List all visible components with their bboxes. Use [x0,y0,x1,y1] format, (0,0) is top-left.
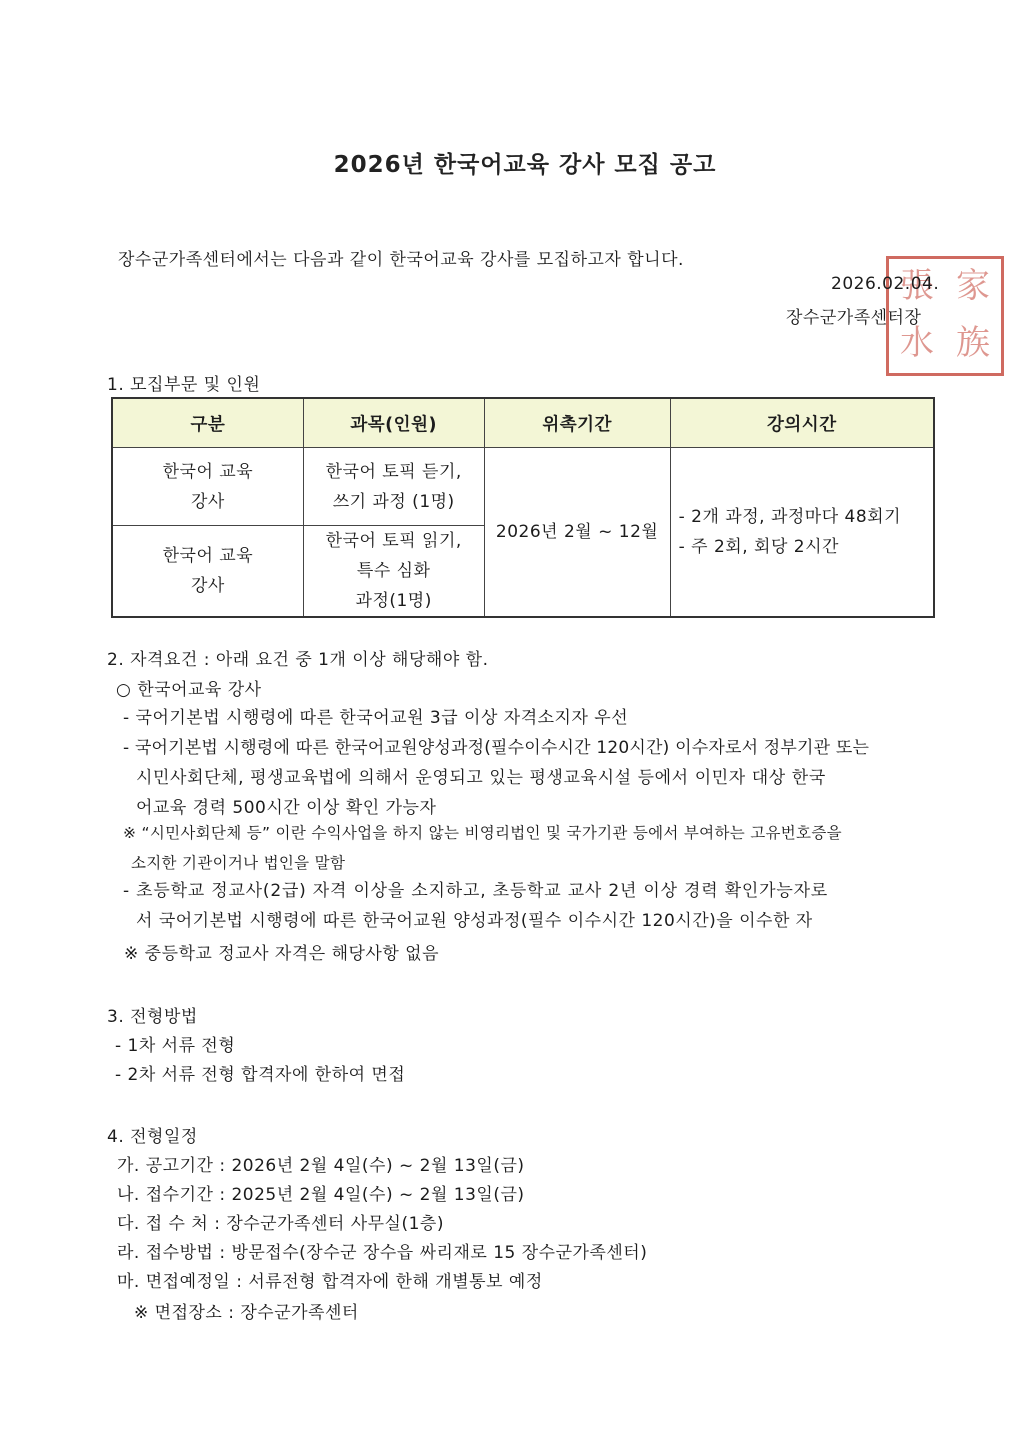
requirement-line: 시민사회단체, 평생교육법에 의해서 운영되고 있는 평생교육시설 등에서 이민… [136,763,826,788]
requirement-line: - 국어기본법 시행령에 따른 한국어교원 3급 이상 자격소지자 우선 [123,703,628,728]
column-header: 구분 [112,398,303,448]
requirement-line: 어교육 경력 500시간 이상 확인 가능자 [136,793,436,818]
section-1-heading: 1. 모집부문 및 인원 [107,370,260,395]
cell-line: - 2개 과정, 과정마다 48회기 [679,502,933,532]
column-header: 강의시간 [670,398,934,448]
method-line: - 2차 서류 전형 합격자에 한하여 면접 [115,1060,405,1085]
schedule-note: ※ 면접장소 : 장수군가족센터 [134,1298,359,1323]
cell-line: 한국어 토픽 읽기, [304,526,484,556]
table-header-row: 구분 과목(인원) 위촉기간 강의시간 [112,398,934,448]
requirement-line: 서 국어기본법 시행령에 따른 한국어교원 양성과정(필수 이수시간 120시간… [136,906,813,931]
page-title: 2026년 한국어교육 강사 모집 공고 [0,146,1025,179]
cell-line: 쓰기 과정 (1명) [304,487,484,517]
seal-glyph: 家 [945,259,1001,316]
note-line: 소지한 기관이거나 법인을 말함 [131,851,345,873]
note-line: ※ “시민사회단체 등” 이란 수익사업을 하지 않는 비영리법인 및 국가기관… [123,821,842,843]
schedule-line: 다. 접 수 처 : 장수군가족센터 사무실(1층) [117,1209,444,1234]
schedule-line: 가. 공고기간 : 2026년 2월 4일(수) ~ 2월 13일(금) [117,1151,525,1176]
section-2-subheading: ○ 한국어교육 강사 [116,675,262,700]
cell-line: 과정(1명) [304,586,484,616]
cell-line: 한국어 교육 [113,457,303,487]
schedule-line: 마. 면접예정일 : 서류전형 합격자에 한해 개별통보 예정 [117,1267,543,1292]
column-header: 위촉기간 [484,398,670,448]
section-2-heading: 2. 자격요건 : 아래 요건 중 1개 이상 해당해야 함. [107,645,488,670]
subject-cell: 한국어 토픽 듣기, 쓰기 과정 (1명) [303,448,484,526]
requirement-line: - 초등학교 정교사(2급) 자격 이상을 소지하고, 초등학교 교사 2년 이… [123,876,828,901]
requirement-line: - 국어기본법 시행령에 따른 한국어교원양성과정(필수이수시간 120시간) … [123,733,869,758]
cell-line: 특수 심화 [304,556,484,586]
schedule-line: 라. 접수방법 : 방문접수(장수군 장수읍 싸리재로 15 장수군가족센터) [117,1238,647,1263]
column-header: 과목(인원) [303,398,484,448]
cell-line: 한국어 교육 [113,541,303,571]
cell-line: 강사 [113,571,303,601]
cell-line: 강사 [113,487,303,517]
seal-glyph: 族 [945,316,1001,373]
table-row: 한국어 교육 강사 한국어 토픽 듣기, 쓰기 과정 (1명) 2026년 2월… [112,448,934,526]
cell-line: 한국어 토픽 듣기, [304,457,484,487]
schedule-line: 나. 접수기간 : 2025년 2월 4일(수) ~ 2월 13일(금) [117,1180,525,1205]
category-cell: 한국어 교육 강사 [112,448,303,526]
intro-text: 장수군가족센터에서는 다음과 같이 한국어교육 강사를 모집하고자 합니다. [118,245,684,270]
issue-date: 2026.02.04. [831,274,939,294]
recruitment-table: 구분 과목(인원) 위촉기간 강의시간 한국어 교육 강사 한국어 토픽 듣기,… [111,397,935,618]
subject-cell: 한국어 토픽 읽기, 특수 심화 과정(1명) [303,526,484,618]
cell-line: - 주 2회, 회당 2시간 [679,532,933,562]
period-cell: 2026년 2월 ~ 12월 [484,448,670,618]
note-line: ※ 중등학교 정교사 자격은 해당사항 없음 [124,939,439,964]
hours-cell: - 2개 과정, 과정마다 48회기 - 주 2회, 회당 2시간 [670,448,934,618]
section-3-heading: 3. 전형방법 [107,1002,198,1027]
section-4-heading: 4. 전형일정 [107,1122,198,1147]
issuer-name: 장수군가족센터장 [786,303,921,328]
method-line: - 1차 서류 전형 [115,1031,235,1056]
category-cell: 한국어 교육 강사 [112,526,303,618]
